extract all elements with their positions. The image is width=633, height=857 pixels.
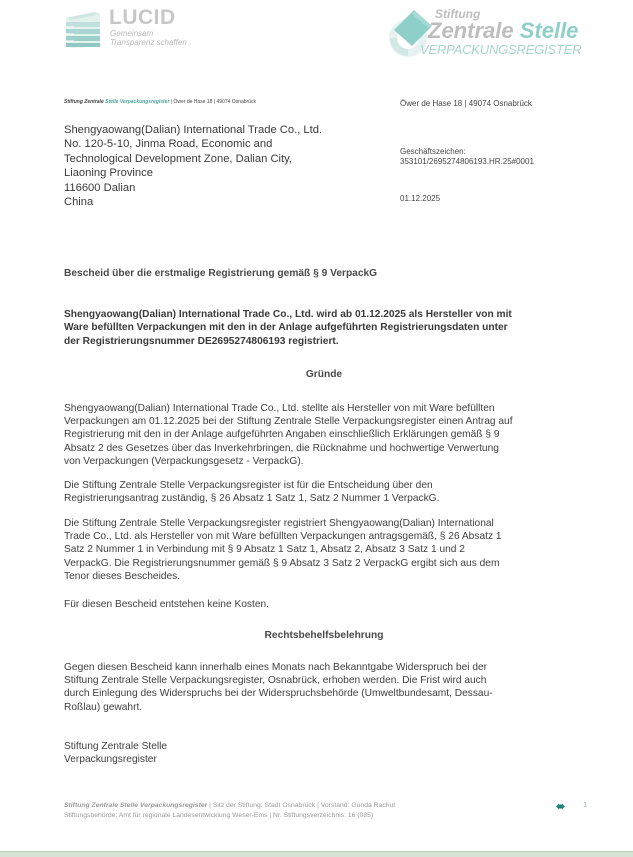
paragraph-line: Registrierungsantrag zuständig, § 26 Abs… [64, 492, 594, 505]
tenor-paragraph: Shengyaowang(Dalian) International Trade… [64, 308, 584, 348]
recipient-line: Shengyaowang(Dalian) International Trade… [64, 123, 322, 137]
reference-number: 353101/2695274806193.HR.25#0001 [400, 157, 534, 166]
viewer-bottom-strip [0, 851, 633, 857]
reasons-paragraph-4: Für diesen Bescheid entstehen keine Kost… [64, 598, 594, 611]
sender-address-right: Öwer de Hase 18 | 49074 Osnabrück [400, 99, 532, 108]
reasons-paragraph-2: Die Stiftung Zentrale Stelle Verpackungs… [64, 479, 594, 505]
recipient-line: Liaoning Province [64, 166, 322, 180]
paragraph-line: Trade Co., Ltd. als Hersteller von mit W… [64, 530, 594, 543]
reasons-paragraph-1: Shengyaowang(Dalian) International Trade… [64, 402, 594, 468]
document-date: 01.12.2025 [400, 194, 440, 203]
legal-heading: Rechtsbehelfsbelehrung [64, 630, 584, 641]
paragraph-line: Satz 2 Nummer 1 in Verbindung mit § 9 Ab… [64, 543, 594, 556]
zsvr-stelle-word: Stelle [520, 18, 579, 43]
paragraph-line: Für diesen Bescheid entstehen keine Kost… [64, 598, 594, 611]
paragraph-line: durch Einlegung des Widerspruchs bei der… [64, 687, 594, 700]
zsvr-register-text: VERPACKUNGSREGISTER [420, 42, 581, 57]
reasons-heading: Gründe [64, 369, 584, 380]
paragraph-line: Stiftung Zentrale Stelle Verpackungsregi… [64, 674, 594, 687]
paragraph-line: Shengyaowang(Dalian) International Trade… [64, 402, 594, 415]
lucid-wordmark: LUCID [109, 6, 176, 30]
page-number: 1 [583, 800, 587, 809]
tenor-line: Ware befüllten Verpackungen mit den in d… [64, 321, 584, 334]
recipient-address: Shengyaowang(Dalian) International Trade… [64, 123, 322, 209]
paragraph-line: Registrierung mit den in der Anlage aufg… [64, 428, 594, 441]
recipient-line: 116600 Dalian [64, 181, 322, 195]
zsvr-zentrale-word: Zentrale [428, 18, 514, 43]
footer-line-1: Stiftung Zentrale Stelle Verpackungsregi… [64, 801, 395, 811]
document-page: LUCID Gemeinsam Transparenz schaffen Sti… [0, 0, 633, 851]
stacked-layers-icon [64, 10, 102, 48]
tenor-line: Shengyaowang(Dalian) International Trade… [64, 308, 584, 321]
footer-details: | Sitz der Stiftung: Stadt Osnabrück | V… [207, 802, 395, 809]
document-subject: Bescheid über die erstmalige Registrieru… [64, 268, 377, 279]
tagline-line: Gemeinsam [110, 29, 187, 38]
tagline-line: Transparenz schaffen [110, 38, 187, 47]
paragraph-line: Tenor dieses Bescheides. [64, 570, 594, 583]
signature-block: Stiftung Zentrale Stelle Verpackungsregi… [64, 740, 167, 767]
sender-org: Stiftung Zentrale [64, 99, 104, 105]
legal-paragraph: Gegen diesen Bescheid kann innerhalb ein… [64, 661, 594, 714]
reference-label: Geschäftszeichen: [400, 147, 466, 157]
paragraph-line: VerpackG. Die Registrierungsnummer gemäß… [64, 557, 594, 570]
recipient-line: No. 120-5-10, Jinma Road, Economic and [64, 137, 322, 151]
signature-line: Verpackungsregister [64, 753, 167, 766]
recipient-line: China [64, 195, 322, 209]
zsvr-zentrale-text: Zentrale Stelle [428, 18, 578, 44]
paragraph-line: Die Stiftung Zentrale Stelle Verpackungs… [64, 517, 594, 530]
paragraph-line: Absatz 2 des Gesetzes über das Inverkehr… [64, 442, 594, 455]
tenor-line: der Registrierungsnummer DE2695274806193… [64, 335, 584, 348]
footer-org: Stiftung Zentrale Stelle Verpackungsregi… [64, 802, 207, 809]
page-footer: Stiftung Zentrale Stelle Verpackungsregi… [64, 801, 395, 821]
reasons-paragraph-3: Die Stiftung Zentrale Stelle Verpackungs… [64, 517, 594, 583]
sender-return-line: Stiftung Zentrale Stelle Verpackungsregi… [64, 99, 256, 105]
lucid-logo: LUCID Gemeinsam Transparenz schaffen [64, 8, 204, 50]
recipient-line: Technological Development Zone, Dalian C… [64, 152, 322, 166]
signature-line: Stiftung Zentrale Stelle [64, 740, 167, 753]
footer-line-2: Stiftungsbehörde: Amt für regionale Land… [64, 811, 395, 821]
zsvr-logo: Stiftung Zentrale Stelle VERPACKUNGSREGI… [386, 6, 626, 58]
sender-address: | Öwer de Hase 18 | 49074 Osnabrück [169, 99, 256, 105]
paragraph-line: Gegen diesen Bescheid kann innerhalb ein… [64, 661, 594, 674]
sender-org-accent: Stelle Verpackungsregister [105, 99, 169, 105]
lucid-tagline: Gemeinsam Transparenz schaffen [110, 29, 187, 47]
diamond-arrows-icon [556, 803, 565, 810]
paragraph-line: Roßlau) gewahrt. [64, 701, 594, 714]
paragraph-line: Die Stiftung Zentrale Stelle Verpackungs… [64, 479, 594, 492]
paragraph-line: Verpackungen am 01.12.2025 bei der Stift… [64, 415, 594, 428]
paragraph-line: von Verpackungen (Verpackungsgesetz - Ve… [64, 455, 594, 468]
